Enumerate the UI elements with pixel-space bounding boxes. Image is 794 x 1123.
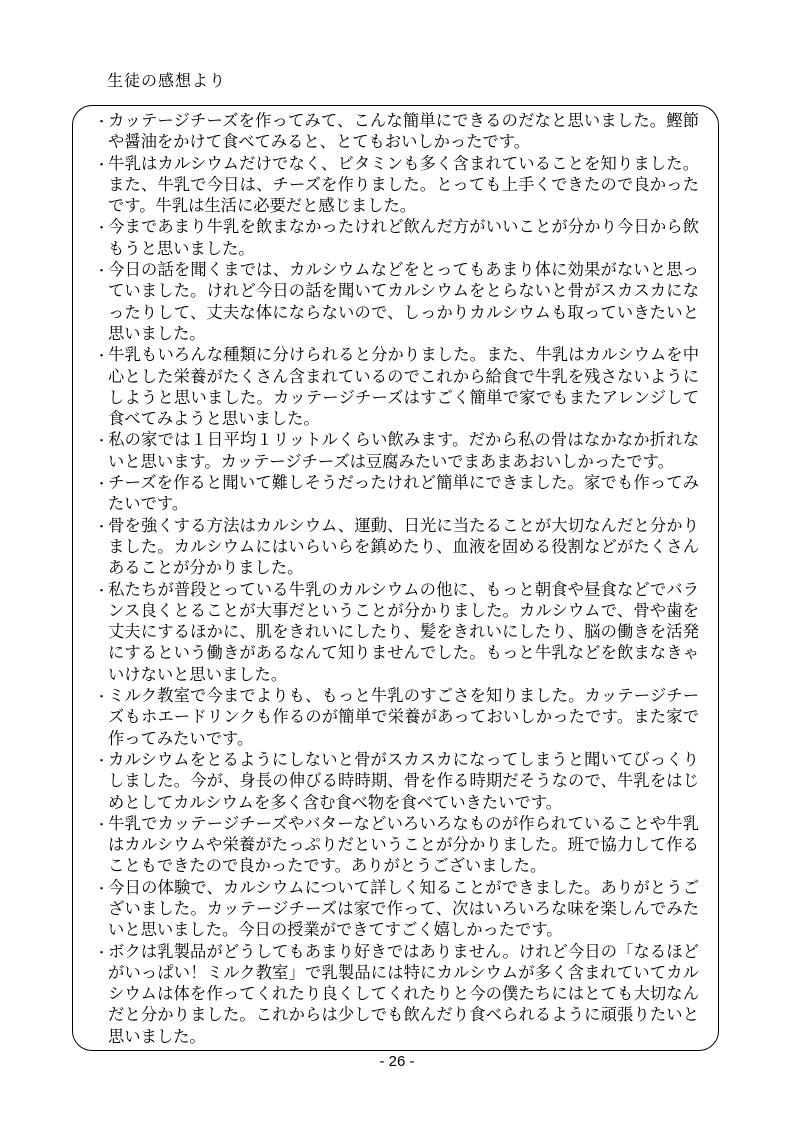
- bullet-marker-icon: ・: [95, 686, 108, 707]
- comment-text: チーズを作ると聞いて難しそうだったけれど簡単にできました。家でも作ってみたいです…: [108, 474, 699, 513]
- bullet-marker-icon: ・: [95, 814, 108, 835]
- comments-box: ・カッテージチーズを作ってみて、こんな簡単にできるのだなと思いました。鰹節や醤油…: [72, 105, 719, 1051]
- bullet-marker-icon: ・: [95, 580, 108, 601]
- comment-item: ・今日の体験で、カルシウムについて詳しく知ることができました。ありがとうございま…: [95, 878, 699, 942]
- comment-text: 今まであまり牛乳を飲まなかったけれど飲んだ方がいいことが分かり今日から飲もうと思…: [108, 218, 699, 257]
- comment-item: ・カッテージチーズを作ってみて、こんな簡単にできるのだなと思いました。鰹節や醤油…: [95, 111, 699, 154]
- page-number: - 26 -: [0, 1053, 794, 1070]
- bullet-marker-icon: ・: [95, 516, 108, 537]
- comment-text: 骨を強くする方法はカルシウム、運動、日光に当たることが大切なんだと分かりました。…: [108, 517, 699, 578]
- bullet-marker-icon: ・: [95, 750, 108, 771]
- comment-item: ・私たちが普段とっている牛乳のカルシウムの他に、もっと朝食や昼食などでバランス良…: [95, 580, 699, 686]
- comment-text: 牛乳はカルシウムだけでなく、ビタミンも多く含まれていることを知りました。また、牛…: [108, 155, 699, 216]
- bullet-marker-icon: ・: [95, 878, 108, 899]
- page-title: 生徒の感想より: [107, 68, 226, 91]
- comment-text: カッテージチーズを作ってみて、こんな簡単にできるのだなと思いました。鰹節や醤油を…: [108, 112, 699, 151]
- bullet-marker-icon: ・: [95, 260, 108, 281]
- comment-item: ・今日の話を聞くまでは、カルシウムなどをとってもあまり体に効果がないと思っていま…: [95, 260, 699, 345]
- bullet-marker-icon: ・: [95, 473, 108, 494]
- comment-item: ・私の家では１日平均１リットルくらい飲みます。だから私の骨はなかなか折れないと思…: [95, 430, 699, 473]
- comment-item: ・ミルク教室で今までよりも、もっと牛乳のすごさを知りました。カッテージチーズもホ…: [95, 686, 699, 750]
- bullet-marker-icon: ・: [95, 217, 108, 238]
- comment-item: ・牛乳もいろんな種類に分けられると分かりました。また、牛乳はカルシウムを中心とし…: [95, 345, 699, 430]
- bullet-marker-icon: ・: [95, 942, 108, 963]
- comment-text: 牛乳でカッテージチーズやバターなどいろいろなものが作られていることや牛乳はカルシ…: [108, 815, 699, 876]
- comments-list: ・カッテージチーズを作ってみて、こんな簡単にできるのだなと思いました。鰹節や醤油…: [95, 111, 699, 1048]
- comment-text: ボクは乳製品がどうしてもあまり好きではありません。けれど今日の「なるほどがいっぱ…: [108, 943, 699, 1046]
- comment-text: 今日の話を聞くまでは、カルシウムなどをとってもあまり体に効果がないと思っていまし…: [108, 261, 699, 343]
- comment-item: ・今まであまり牛乳を飲まなかったけれど飲んだ方がいいことが分かり今日から飲もうと…: [95, 217, 699, 260]
- comment-text: 牛乳もいろんな種類に分けられると分かりました。また、牛乳はカルシウムを中心とした…: [108, 346, 699, 428]
- comment-text: 私の家では１日平均１リットルくらい飲みます。だから私の骨はなかなか折れないと思い…: [108, 431, 699, 470]
- comment-text: ミルク教室で今までよりも、もっと牛乳のすごさを知りました。カッテージチーズもホエ…: [108, 687, 699, 748]
- comment-text: 私たちが普段とっている牛乳のカルシウムの他に、もっと朝食や昼食などでバランス良く…: [108, 581, 699, 684]
- comment-item: ・ボクは乳製品がどうしてもあまり好きではありません。けれど今日の「なるほどがいっ…: [95, 942, 699, 1048]
- bullet-marker-icon: ・: [95, 345, 108, 366]
- comment-text: カルシウムをとるようにしないと骨がスカスカになってしまうと聞いてびっくりしました…: [108, 751, 699, 812]
- bullet-marker-icon: ・: [95, 111, 108, 132]
- comment-item: ・チーズを作ると聞いて難しそうだったけれど簡単にできました。家でも作ってみたいで…: [95, 473, 699, 516]
- comment-item: ・骨を強くする方法はカルシウム、運動、日光に当たることが大切なんだと分かりました…: [95, 516, 699, 580]
- comment-item: ・カルシウムをとるようにしないと骨がスカスカになってしまうと聞いてびっくりしまし…: [95, 750, 699, 814]
- comment-text: 今日の体験で、カルシウムについて詳しく知ることができました。ありがとうございまし…: [108, 879, 699, 940]
- comment-item: ・牛乳でカッテージチーズやバターなどいろいろなものが作られていることや牛乳はカル…: [95, 814, 699, 878]
- comment-item: ・牛乳はカルシウムだけでなく、ビタミンも多く含まれていることを知りました。また、…: [95, 154, 699, 218]
- bullet-marker-icon: ・: [95, 430, 108, 451]
- bullet-marker-icon: ・: [95, 154, 108, 175]
- document-page: 生徒の感想より ・カッテージチーズを作ってみて、こんな簡単にできるのだなと思いま…: [0, 0, 794, 1123]
